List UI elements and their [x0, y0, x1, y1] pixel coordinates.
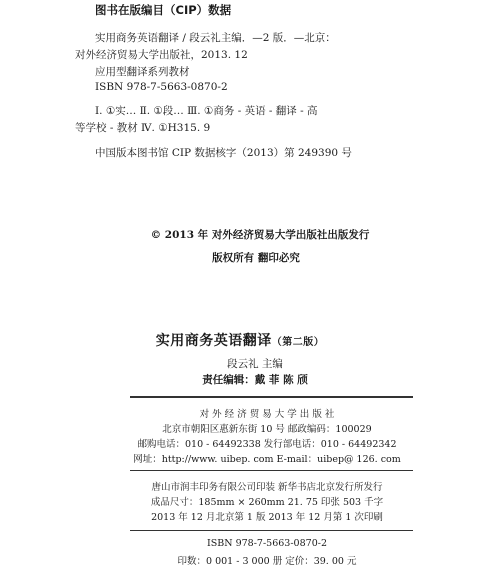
- rights-reserved: 版权所有 翻印必究: [0, 250, 480, 265]
- responsible-editor: 责任编辑：戴 菲 陈 颀: [0, 372, 480, 387]
- cip-line-1: 实用商务英语翻译 / 段云礼主编．—2 版．—北京：: [95, 30, 336, 45]
- divider-1: [130, 470, 413, 471]
- book-title-text: 实用商务英语翻译: [156, 333, 272, 349]
- divider-thick: [130, 396, 413, 398]
- footer-isbn: ISBN 978-7-5663-0870-2: [0, 538, 480, 549]
- book-title: 实用商务英语翻译（第二版）: [0, 330, 480, 350]
- cip-classification-2: 等学校 - 教材 Ⅳ. ①H315. 9: [75, 120, 210, 135]
- cip-line-2: 对外经济贸易大学出版社，2013. 12: [75, 47, 248, 62]
- chief-editor: 段云礼 主编: [0, 356, 480, 371]
- print-run-and-price: 印数：0 001 - 3 000 册 定价：39. 00 元: [0, 553, 480, 567]
- printer-distributor: 唐山市润丰印务有限公司印装 新华书店北京发行所发行: [0, 479, 480, 493]
- cip-classification-1: Ⅰ. ①实… Ⅱ. ①段… Ⅲ. ①商务 - 英语 - 翻译 - 高: [95, 103, 318, 118]
- publisher-address: 北京市朝阳区惠新东街 10 号 邮政编码：100029: [0, 421, 480, 435]
- cip-record-number: 中国版本图书馆 CIP 数据核字（2013）第 249390 号: [95, 145, 352, 160]
- publisher-name: 对 外 经 济 贸 易 大 学 出 版 社: [0, 406, 480, 420]
- book-edition: （第二版）: [272, 337, 325, 348]
- publisher-phones: 邮购电话：010 - 64492338 发行部电话：010 - 64492342: [0, 436, 480, 450]
- cip-line-3: 应用型翻译系列教材: [95, 64, 190, 79]
- cip-isbn: ISBN 978-7-5663-0870-2: [95, 81, 228, 93]
- copyright-line: © 2013 年 对外经济贸易大学出版社出版发行: [0, 227, 480, 242]
- divider-2: [130, 530, 413, 531]
- format-specs: 成品尺寸：185mm × 260mm 21. 75 印张 503 千字: [0, 494, 480, 508]
- cip-heading: 图书在版编目（CIP）数据: [95, 2, 231, 18]
- publisher-web-email: 网址：http://www. uibep. com E-mail：uibep@ …: [0, 451, 480, 465]
- edition-printing-dates: 2013 年 12 月北京第 1 版 2013 年 12 月第 1 次印刷: [0, 509, 480, 523]
